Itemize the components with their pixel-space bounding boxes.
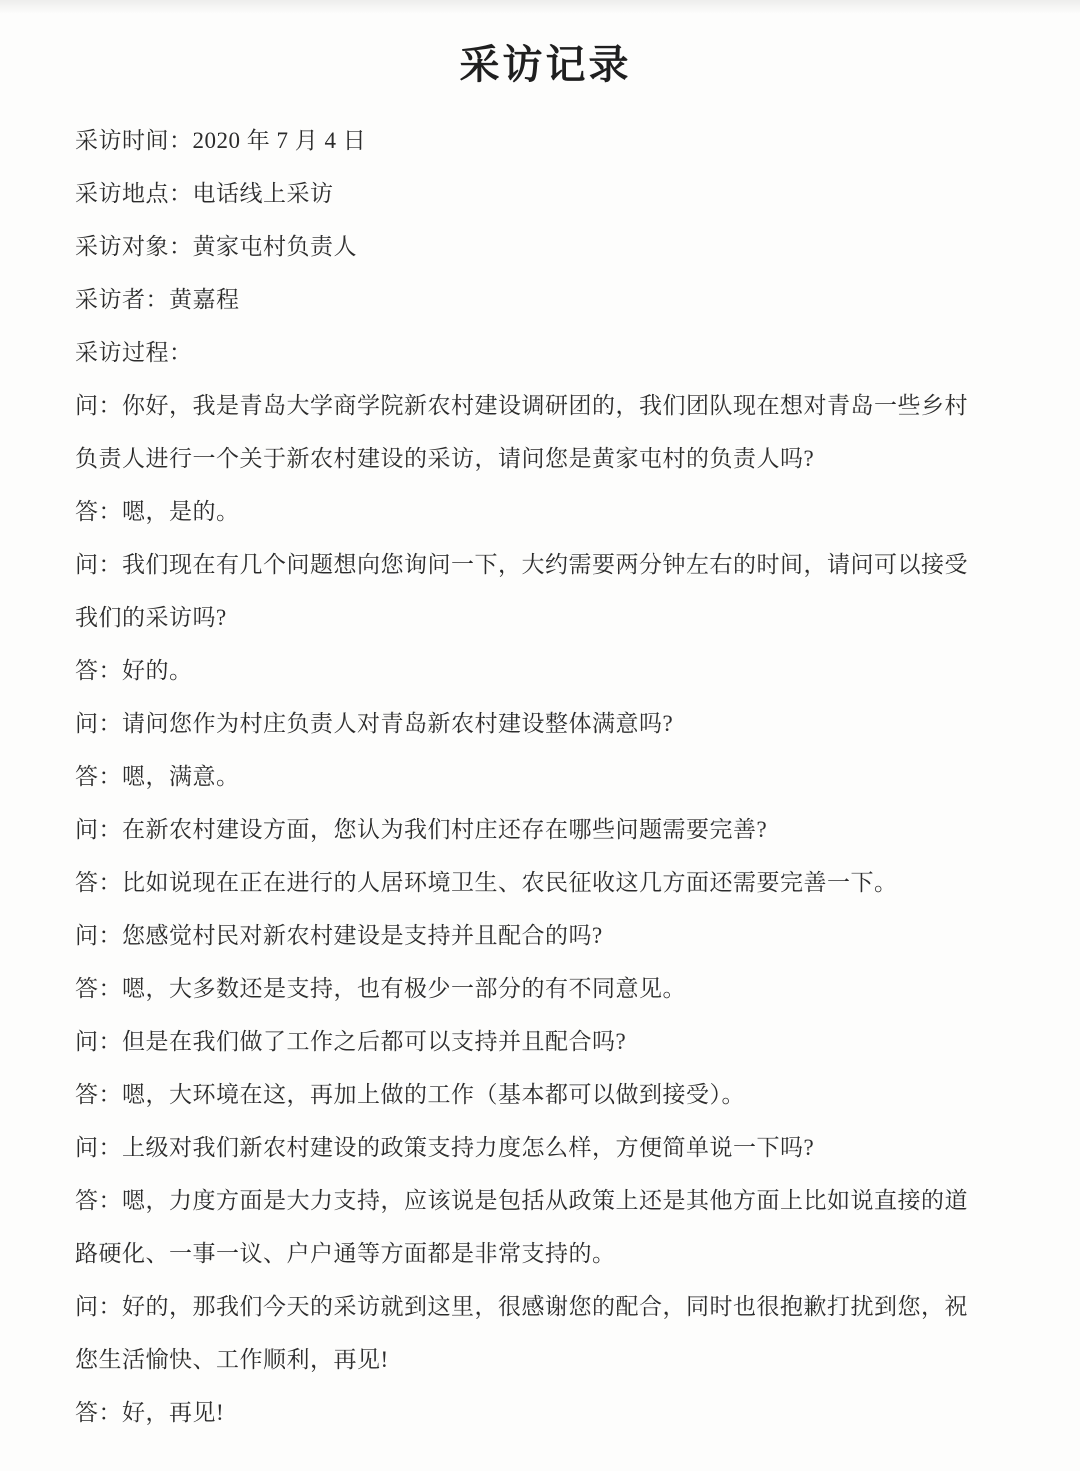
dialogue-line: 答：比如说现在正在进行的人居环境卫生、农民征收这几方面还需要完善一下。 [75, 856, 1016, 909]
dialogue-line: 问：您感觉村民对新农村建设是支持并且配合的吗? [75, 909, 1016, 962]
dialogue-line: 我们的采访吗? [75, 591, 1016, 644]
dialogue-line: 答：嗯，满意。 [75, 750, 1016, 803]
meta-line: 采访时间：2020 年 7 月 4 日 [75, 114, 1016, 167]
meta-line: 采访对象：黄家屯村负责人 [75, 220, 1016, 273]
dialogue-line: 您生活愉快、工作顺利，再见! [75, 1333, 1016, 1386]
dialogue-line: 问：好的，那我们今天的采访就到这里，很感谢您的配合，同时也很抱歉打扰到您，祝 [75, 1280, 1016, 1333]
dialogue-line: 答：嗯，是的。 [75, 485, 1016, 538]
dialogue-line: 答：嗯，力度方面是大力支持，应该说是包括从政策上还是其他方面上比如说直接的道 [75, 1174, 1016, 1227]
interview-meta: 采访时间：2020 年 7 月 4 日采访地点：电话线上采访采访对象：黄家屯村负… [75, 114, 1016, 379]
dialogue-line: 答：好的。 [75, 644, 1016, 697]
dialogue-line: 问：我们现在有几个问题想向您询问一下，大约需要两分钟左右的时间，请问可以接受 [75, 538, 1016, 591]
dialogue-line: 问：请问您作为村庄负责人对青岛新农村建设整体满意吗? [75, 697, 1016, 750]
dialogue-line: 答：嗯，大多数还是支持，也有极少一部分的有不同意见。 [75, 962, 1016, 1015]
dialogue-line: 答：嗯，大环境在这，再加上做的工作（基本都可以做到接受）。 [75, 1068, 1016, 1121]
dialogue-line: 问：但是在我们做了工作之后都可以支持并且配合吗? [75, 1015, 1016, 1068]
dialogue-line: 问：上级对我们新农村建设的政策支持力度怎么样，方便简单说一下吗? [75, 1121, 1016, 1174]
dialogue-line: 负责人进行一个关于新农村建设的采访，请问您是黄家屯村的负责人吗? [75, 432, 1016, 485]
dialogue-line: 答：好，再见! [75, 1386, 1016, 1439]
dialogue-line: 问：在新农村建设方面，您认为我们村庄还存在哪些问题需要完善? [75, 803, 1016, 856]
meta-line: 采访地点：电话线上采访 [75, 167, 1016, 220]
interview-transcript: 采访时间：2020 年 7 月 4 日采访地点：电话线上采访采访对象：黄家屯村负… [75, 114, 1016, 1439]
meta-line: 采访过程： [75, 326, 1016, 379]
document-page: 采访记录 采访时间：2020 年 7 月 4 日采访地点：电话线上采访采访对象：… [0, 0, 1080, 1471]
page-title: 采访记录 [75, 36, 1016, 94]
meta-line: 采访者：黄嘉程 [75, 273, 1016, 326]
interview-dialogue: 问：你好，我是青岛大学商学院新农村建设调研团的，我们团队现在想对青岛一些乡村负责… [75, 379, 1016, 1439]
dialogue-line: 问：你好，我是青岛大学商学院新农村建设调研团的，我们团队现在想对青岛一些乡村 [75, 379, 1016, 432]
dialogue-line: 路硬化、一事一议、户户通等方面都是非常支持的。 [75, 1227, 1016, 1280]
